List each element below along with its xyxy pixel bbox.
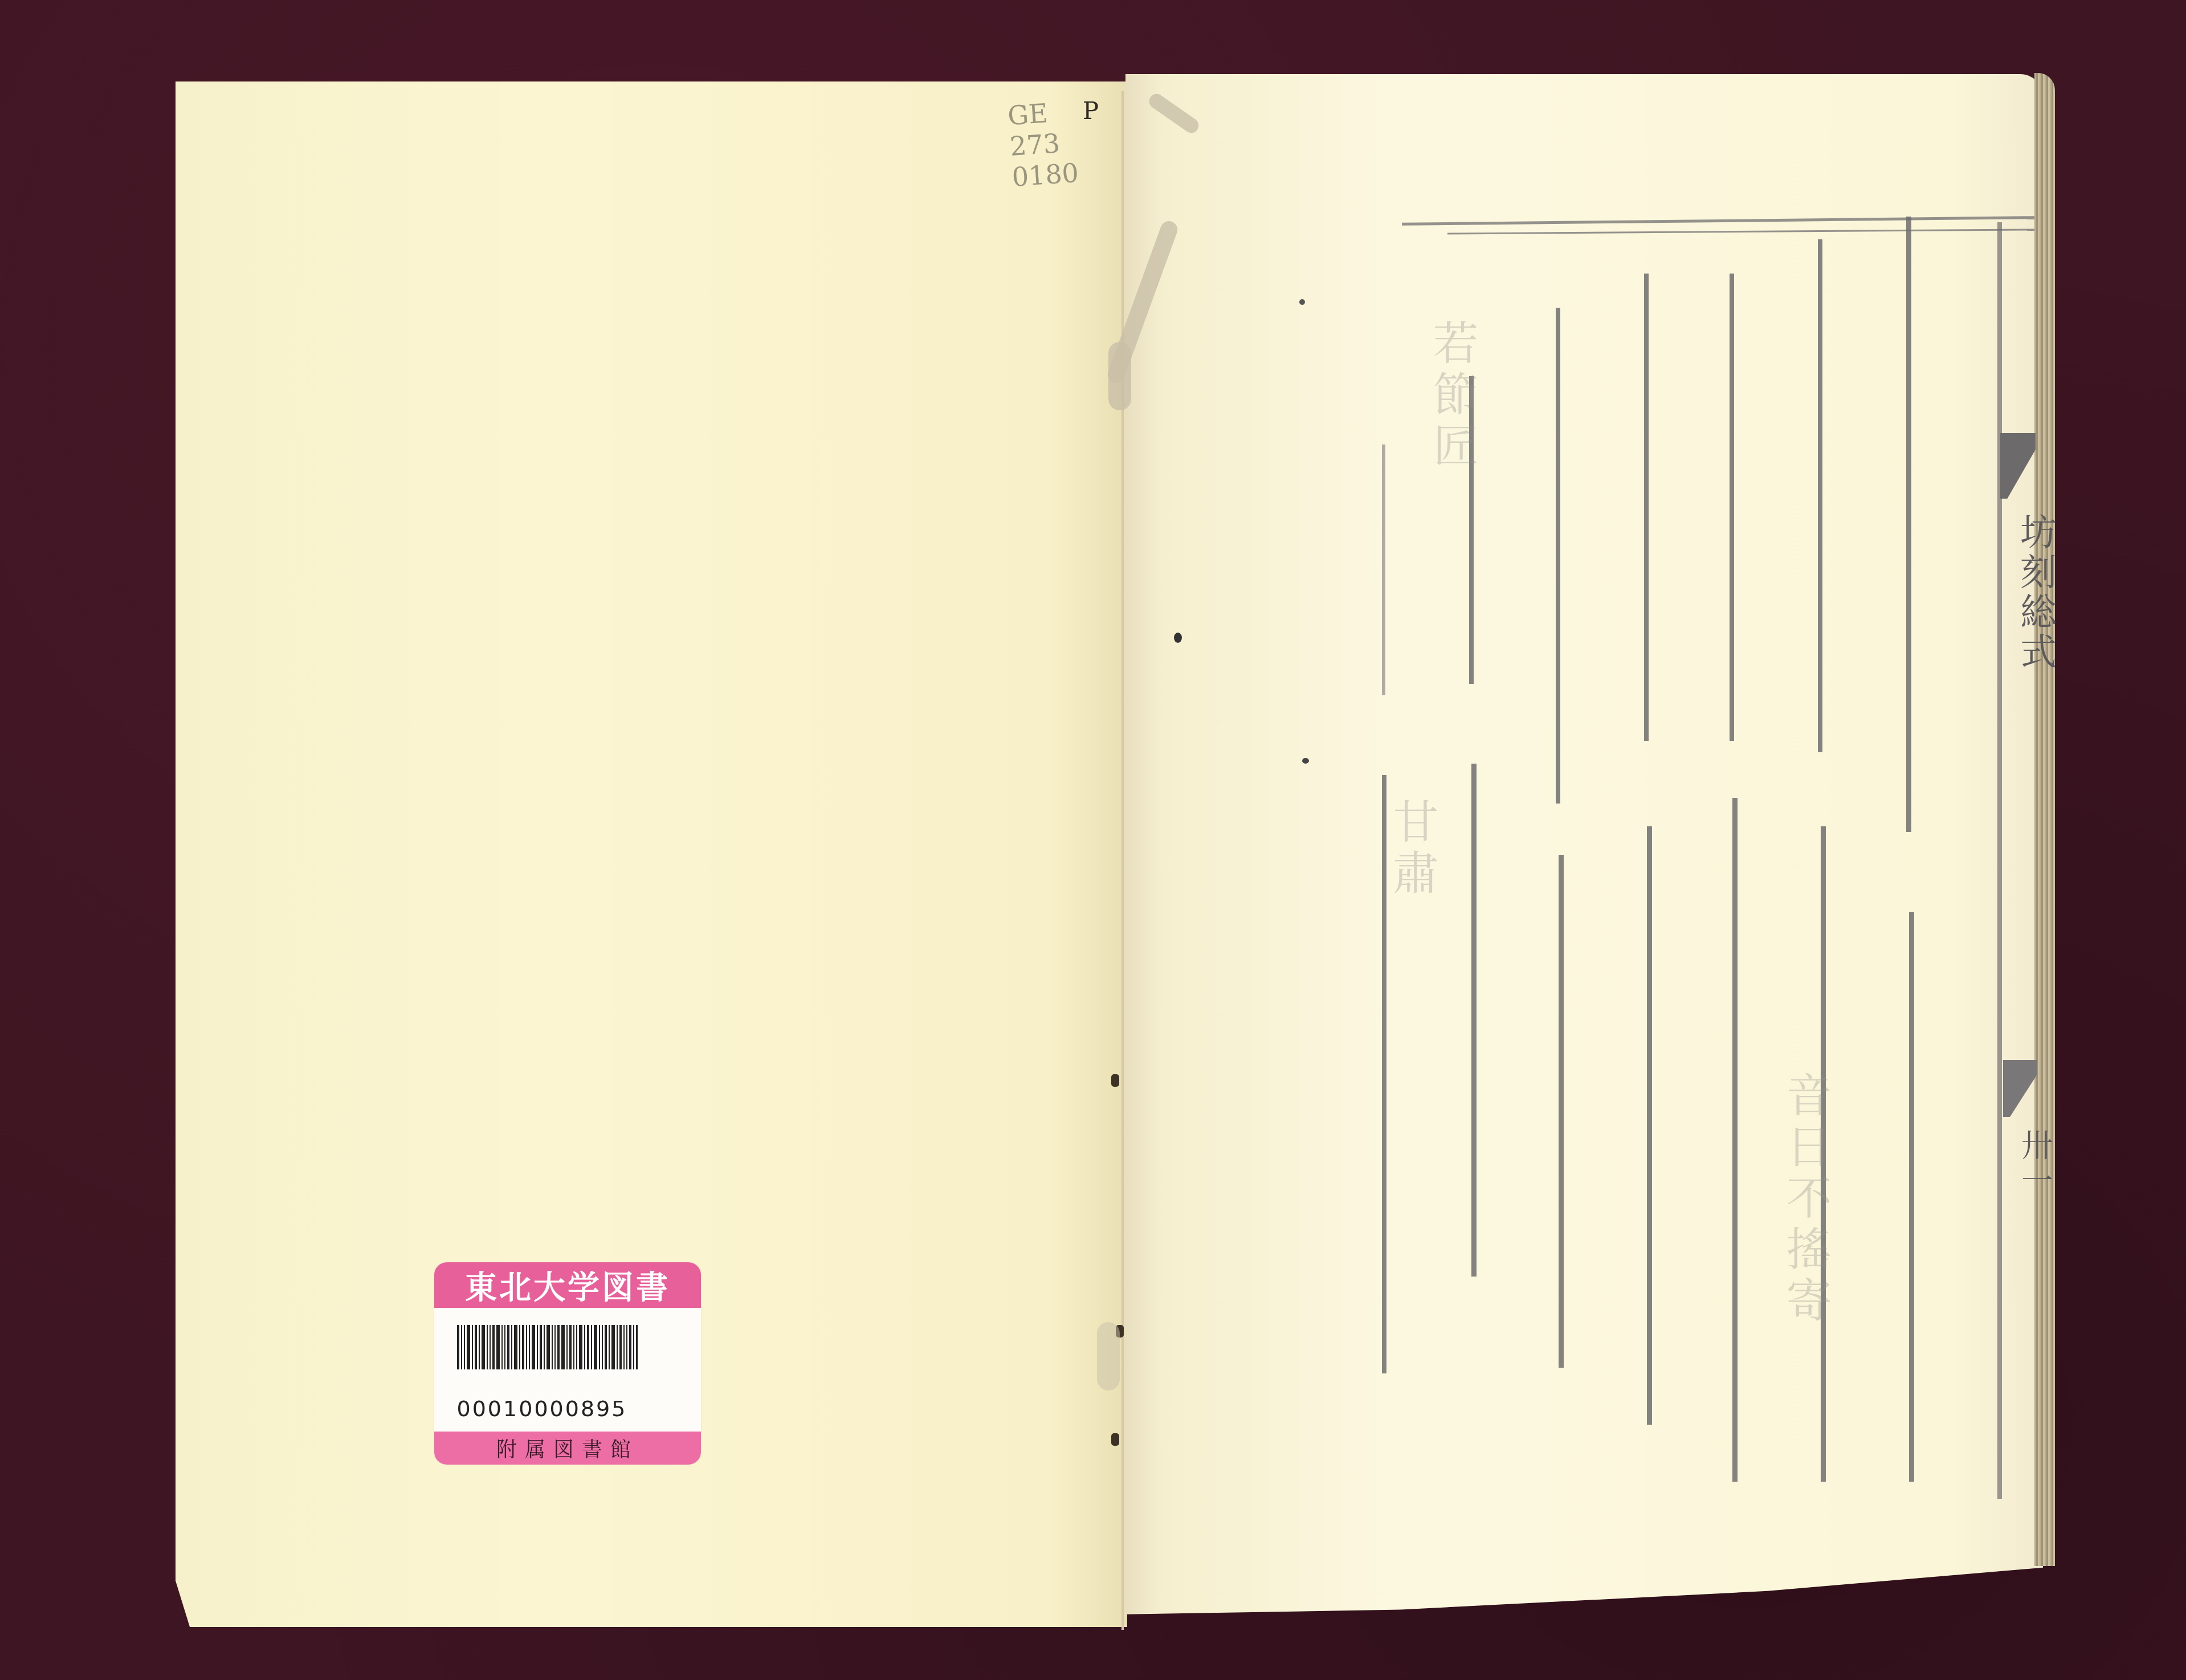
faint-text-column: 音日不搖寄 bbox=[1772, 1071, 1838, 1328]
column-rule bbox=[1909, 912, 1914, 1482]
column-rule bbox=[1382, 445, 1385, 695]
column-rule bbox=[1471, 764, 1477, 1277]
column-rule bbox=[1559, 855, 1564, 1368]
faint-text-column: 若節匠 bbox=[1419, 319, 1484, 473]
ink-speck bbox=[1302, 758, 1309, 764]
banxin-rule bbox=[1997, 222, 2002, 1499]
worm-damage bbox=[1097, 1322, 1120, 1391]
ink-speck bbox=[1299, 299, 1305, 305]
binding-stitch bbox=[1111, 1433, 1119, 1446]
barcode bbox=[457, 1325, 675, 1369]
banxin-page-number: 卅一 bbox=[2012, 1128, 2057, 1199]
call-number-line-1: GE bbox=[1006, 96, 1075, 131]
column-rule bbox=[1732, 798, 1738, 1482]
handwritten-call-number: GE 273 0180 bbox=[1006, 96, 1079, 193]
call-number-line-3: 0180 bbox=[1011, 157, 1080, 193]
column-rule bbox=[1556, 308, 1560, 804]
column-rule bbox=[1730, 274, 1734, 741]
sticker-header: 東北大学図書 bbox=[434, 1262, 701, 1308]
barcode-number: 00010000895 bbox=[434, 1396, 701, 1421]
page-fore-edge bbox=[2034, 73, 2055, 1566]
ink-speck bbox=[1174, 633, 1182, 643]
gutter-fold bbox=[1121, 91, 1124, 1630]
binding-stitch bbox=[1111, 1074, 1119, 1087]
library-barcode-sticker: 東北大学図書 00010000895 附属図書館 bbox=[434, 1262, 701, 1465]
corner-mark: P bbox=[1083, 97, 1099, 125]
sticker-footer: 附属図書館 bbox=[434, 1432, 701, 1465]
worm-damage bbox=[1108, 342, 1131, 410]
column-rule bbox=[1647, 826, 1652, 1425]
faint-text-column: 甘肅 bbox=[1379, 798, 1445, 900]
right-page bbox=[1125, 74, 2043, 1630]
call-number-line-2: 273 bbox=[1009, 127, 1078, 162]
column-rule bbox=[1644, 274, 1649, 741]
column-rule bbox=[1906, 217, 1911, 832]
column-rule bbox=[1818, 239, 1822, 752]
banxin-title: 坊刻総式 bbox=[2009, 513, 2061, 672]
